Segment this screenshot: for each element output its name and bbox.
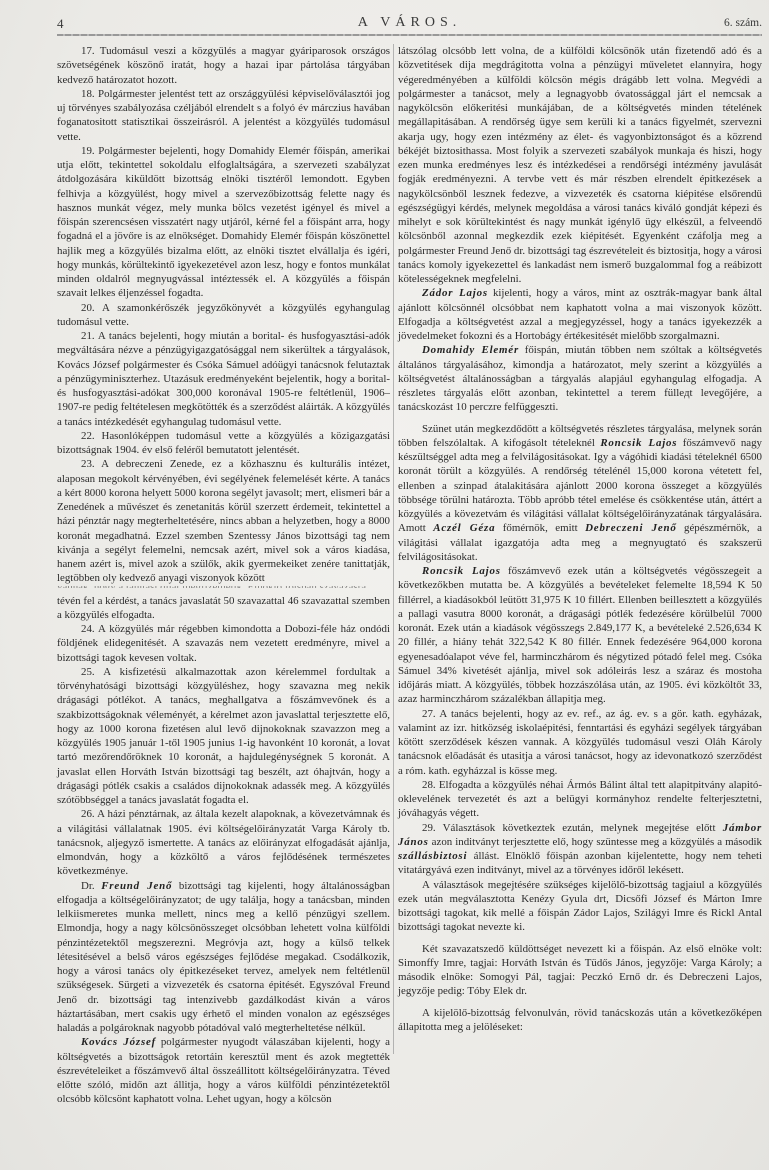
right-column: látszólag olcsóbb lett volna, de a külfö…: [398, 44, 762, 1034]
paragraph-szunet: Szünet után megkezdődött a költségvetés …: [398, 422, 762, 565]
paragraph-zador: Zádor Lajos kijelenti, hogy a város, min…: [398, 286, 762, 343]
paragraph-freund: Dr. Freund Jenő bizottsági tag kijelenti…: [57, 879, 390, 1036]
paragraph-24: 24. A közgyülés már régebben kimondotta …: [57, 622, 390, 665]
paragraph-23-clipped-line: vannak, hogy a tanitási dijat megfizethe…: [57, 586, 390, 588]
paragraph-szavazatszedo: Két szavazatszedő küldöttséget nevezett …: [398, 942, 762, 999]
header-rule: [57, 34, 762, 36]
p29-text-a: 29. Választások következtek ezután, mely…: [422, 822, 715, 834]
freund-text: bizottsági tag kijelenti, hogy általános…: [57, 880, 390, 1035]
person-name-freund: Freund Jenő: [101, 880, 172, 892]
issue-number: 6. szám.: [724, 17, 762, 29]
paragraph-20: 20. A szamonkérőszék jegyzőkönyvét a köz…: [57, 301, 390, 330]
person-name-roncsik-2: Roncsik Lajos: [422, 565, 501, 577]
paragraph-22: 22. Hasonlóképpen tudomásul vette a közg…: [57, 429, 390, 458]
paragraph-continuation: látszólag olcsóbb lett volna, de a külfö…: [398, 44, 762, 286]
p29-text-b: azon inditványt terjesztette elő, hogy s…: [432, 836, 762, 848]
newspaper-title: A VÁROS.: [57, 15, 762, 31]
newspaper-page: 4 A VÁROS. 6. szám. 17. Tudomásul veszi …: [0, 0, 769, 1170]
paragraph-23-continued: tévén fel a kérdést, a tanács javaslatát…: [57, 594, 390, 623]
person-name-roncsik: Roncsik Lajos: [600, 437, 677, 449]
roncsik-text: főszámvevő ezek után a költségvetés végö…: [398, 565, 762, 705]
person-name-zador: Zádor Lajos: [422, 287, 488, 299]
szunet-text-c: főmérnök, emitt: [503, 522, 578, 534]
paragraph-23: 23. A debreczeni Zenede, ez a közhasznu …: [57, 457, 390, 585]
clipped-line-wrapper: vannak, hogy a tanitási dijat megfizethe…: [57, 586, 390, 594]
paragraph-26: 26. A házi pénztárnak, az általa kezelt …: [57, 807, 390, 878]
person-name-kovacs: Kovács József: [81, 1036, 156, 1048]
paragraph-roncsik: Roncsik Lajos főszámvevő ezek után a köl…: [398, 564, 762, 707]
term-szallasbiztosi: szállásbiztosi: [398, 850, 467, 862]
freund-prefix: Dr.: [81, 880, 95, 892]
paragraph-21: 21. A tanács bejelenti, hogy miután a bo…: [57, 329, 390, 429]
paragraph-valasztasok: A választások megejtésére szükséges kije…: [398, 878, 762, 935]
paragraph-19: 19. Polgármester bejelenti, hogy Domahid…: [57, 144, 390, 301]
paragraph-17: 17. Tudomásul veszi a közgyülés a magyar…: [57, 44, 390, 87]
paragraph-18: 18. Polgármester jelentést tett az orszá…: [57, 87, 390, 144]
column-divider: [393, 44, 394, 1054]
left-column: 17. Tudomásul veszi a közgyülés a magyar…: [57, 44, 390, 1107]
person-name-debreczeni: Debreczeni Jenő: [585, 522, 676, 534]
page-header: 4 A VÁROS. 6. szám.: [57, 12, 762, 34]
paragraph-domahidy: Domahidy Elemér főispán, miután többen n…: [398, 343, 762, 414]
paragraph-kijelolo: A kijelölő-bizottság felvonulván, rövid …: [398, 1006, 762, 1035]
szunet-text-b: főszámvevő nagy készültséggel adta meg a…: [398, 437, 762, 535]
paragraph-28: 28. Elfogadta a közgyülés néhai Ármós Bá…: [398, 778, 762, 821]
paragraph-kovacs: Kovács József polgármester nyugodt válas…: [57, 1035, 390, 1106]
paragraph-27: 27. A tanács bejelenti, hogy az ev. ref.…: [398, 707, 762, 778]
paragraph-29: 29. Választások következtek ezután, mely…: [398, 821, 762, 878]
person-name-domahidy: Domahidy Elemér: [422, 344, 519, 356]
person-name-aczel: Aczél Géza: [433, 522, 495, 534]
paragraph-25: 25. A kisfizetésü alkalmazottak azon kér…: [57, 665, 390, 808]
